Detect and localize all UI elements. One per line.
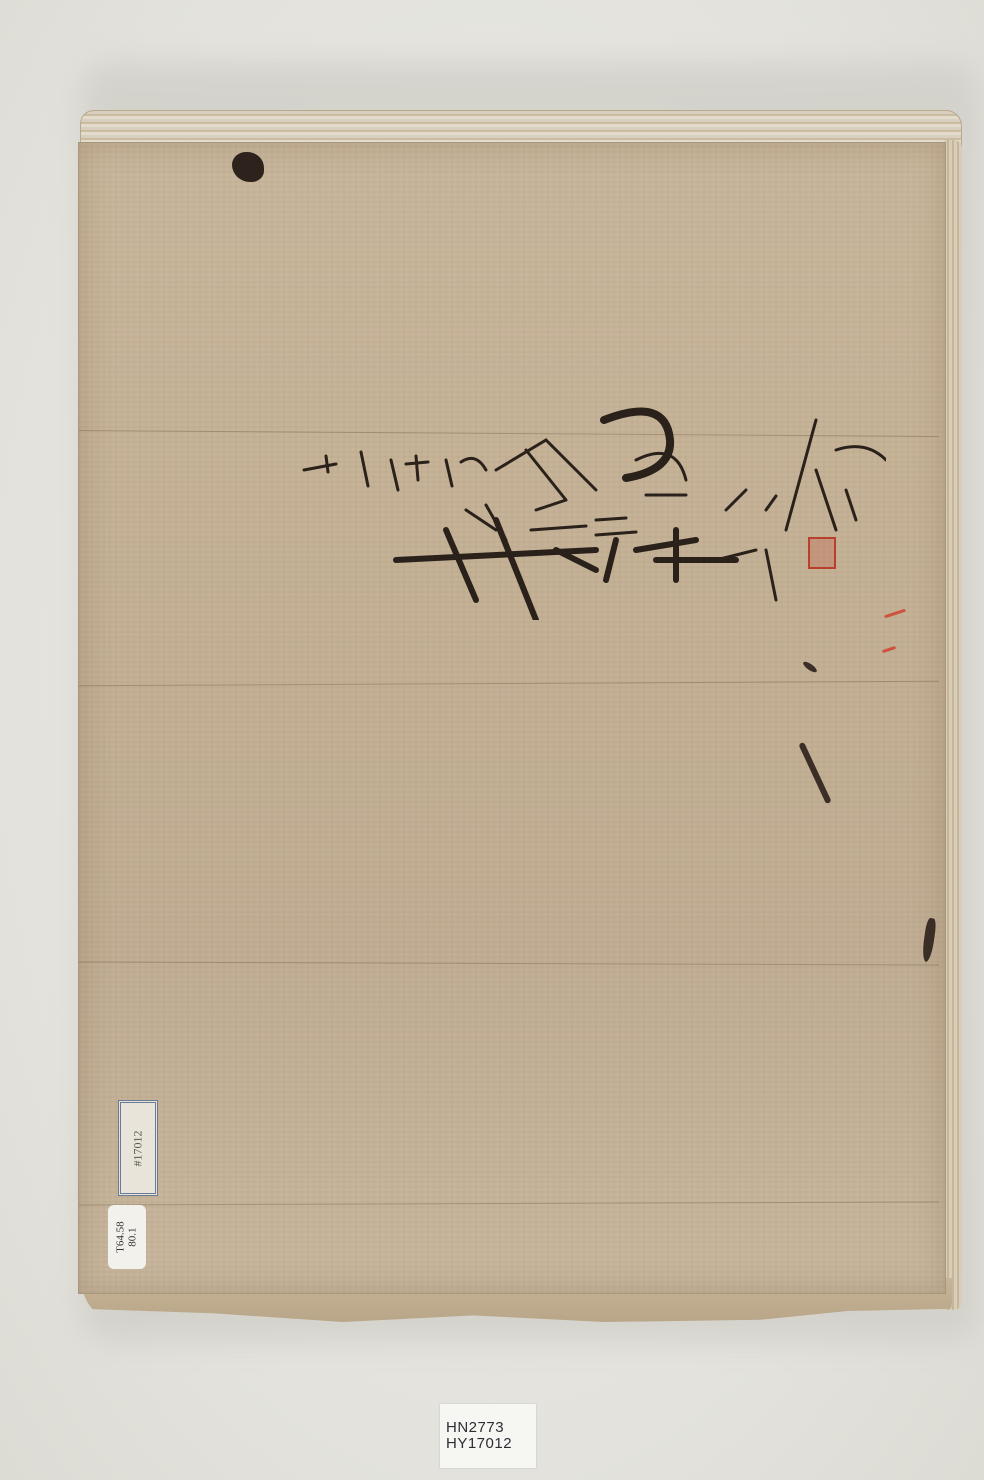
crease-line — [79, 681, 939, 687]
book — [74, 110, 960, 1322]
crease-line — [79, 1201, 939, 1205]
sticker-line-2: 80.1 — [127, 1227, 139, 1246]
red-seal-stamp — [808, 537, 836, 569]
sticker-text: T64.58 80.1 — [115, 1221, 139, 1252]
sticker-line-1: T64.58 — [115, 1221, 127, 1252]
catalog-number: #17012 — [131, 1130, 146, 1166]
inventory-slip: HN2773 HY17012 — [440, 1404, 536, 1468]
book-cover — [78, 142, 946, 1294]
crease-line — [79, 961, 939, 965]
slip-line-1: HN2773 — [446, 1420, 536, 1437]
call-number-sticker: T64.58 80.1 — [108, 1205, 146, 1269]
catalog-label: #17012 — [118, 1100, 158, 1196]
slip-line-2: HY17012 — [446, 1436, 536, 1453]
calligraphy-inscription — [296, 400, 886, 620]
page-edges-right — [944, 140, 962, 1310]
